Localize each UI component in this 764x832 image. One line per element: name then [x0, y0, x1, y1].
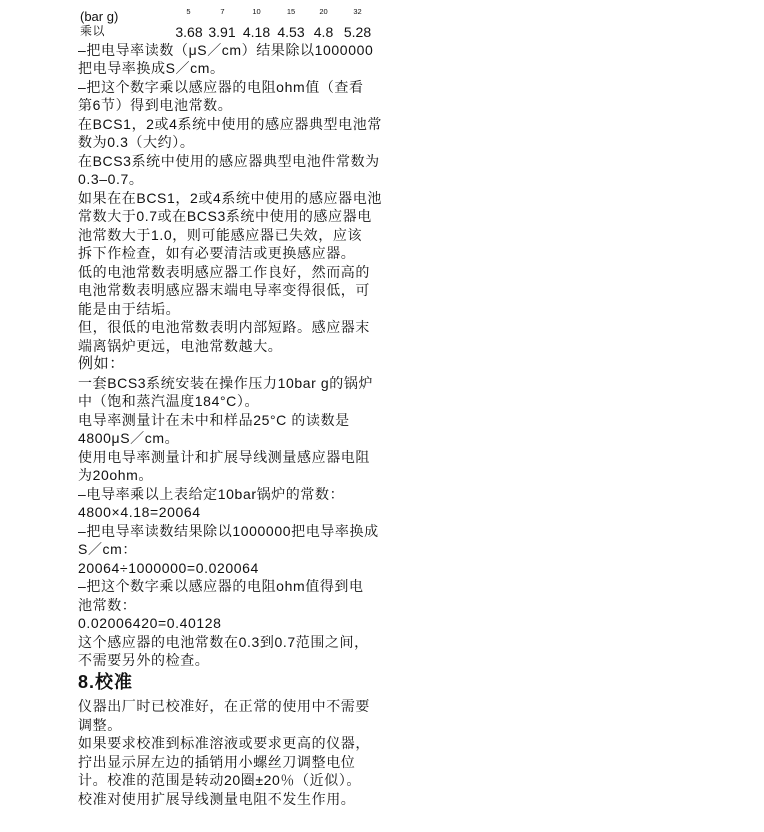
text-line: –把这个数字乘以感应器的电阻ohm值得到电	[78, 577, 398, 596]
text-line: 拧出显示屏左边的插销用小螺丝刀调整电位	[78, 753, 398, 772]
pressure-unit-label: (bar g)	[80, 9, 118, 25]
multiplier-value-cell: 5.28	[341, 24, 375, 40]
text-line: 能是由于结垢。	[78, 300, 398, 319]
text-line: 池常数：	[78, 596, 398, 615]
paragraph: 低的电池常数表明感应器工作良好，然而高的 电池常数表明感应器末端电导率变得很低，…	[78, 263, 398, 319]
paragraph: 一套BCS3系统安装在操作压力10bar g的锅炉 中（饱和蒸汽温度184°C）…	[78, 374, 398, 411]
pressure-header-cell: 15	[274, 6, 308, 18]
multiplier-value-cell: 4.53	[274, 24, 308, 40]
paragraph: 在BCS1，2或4系统中使用的感应器典型电池常 数为0.3（大约）。	[78, 115, 398, 152]
text-line: 拆下作检查，如有必要清洁或更换感应器。	[78, 244, 398, 263]
text-line: 一套BCS3系统安装在操作压力10bar g的锅炉	[78, 374, 398, 393]
text-line: 校准对使用扩展导线测量电阻不发生作用。	[78, 790, 398, 809]
paragraph: 仪器出厂时已校准好，在正常的使用中不需要 调整。	[78, 697, 398, 734]
text-line: –把电导率读数结果除以1000000把电导率换成	[78, 522, 398, 541]
paragraph: –把电导率读数结果除以1000000把电导率换成 S／cm： 20064÷100…	[78, 522, 398, 578]
paragraph: 如果要求校准到标准溶液或要求更高的仪器， 拧出显示屏左边的插销用小螺丝刀调整电位…	[78, 734, 398, 808]
section-heading: 8.校准	[78, 670, 398, 694]
document-body: –把电导率读数（μS／cm）结果除以1000000 把电导率换成S／cm。 –把…	[78, 41, 398, 809]
multiplier-table: (bar g) 乘以 5 7 10 15 20 32 3.68 3.91 4.1…	[0, 0, 390, 40]
multiplier-value-cell: 3.68	[172, 24, 206, 40]
paragraph: –电导率乘以上表给定10bar锅炉的常数： 4800×4.18=20064	[78, 485, 398, 522]
text-line: 第6节）得到电池常数。	[78, 96, 398, 115]
section-calibration: 8.校准 仪器出厂时已校准好，在正常的使用中不需要 调整。 如果要求校准到标准溶…	[78, 670, 398, 809]
formula-line: 4800×4.18=20064	[78, 503, 398, 522]
text-line: 在BCS1，2或4系统中使用的感应器典型电池常	[78, 115, 398, 134]
paragraph: –把这个数字乘以感应器的电阻ohm值（查看 第6节）得到电池常数。	[78, 78, 398, 115]
paragraph: –把电导率读数（μS／cm）结果除以1000000 把电导率换成S／cm。	[78, 41, 398, 78]
formula-line: 20064÷1000000=0.020064	[78, 559, 398, 578]
worked-example: 例如： 一套BCS3系统安装在操作压力10bar g的锅炉 中（饱和蒸汽温度18…	[78, 355, 398, 670]
paragraph: 使用电导率测量计和扩展导线测量感应器电阻 为20ohm。	[78, 448, 398, 485]
pressure-header-cell: 5	[172, 6, 206, 18]
text-line: –把这个数字乘以感应器的电阻ohm值（查看	[78, 78, 398, 97]
text-line: 把电导率换成S／cm。	[78, 59, 398, 78]
paragraph: –把这个数字乘以感应器的电阻ohm值得到电 池常数： 0.02006420=0.…	[78, 577, 398, 633]
text-line: 计。校准的范围是转动20圈±20％（近似）。	[78, 771, 398, 790]
text-line: 0.3–0.7。	[78, 170, 398, 189]
text-line: 电池常数表明感应器末端电导率变得很低，可	[78, 281, 398, 300]
text-line: 池常数大于1.0，则可能感应器已失效，应该	[78, 226, 398, 245]
multiplier-value-cell: 4.18	[240, 24, 274, 40]
text-line: 常数大于0.7或在BCS3系统中使用的感应器电	[78, 207, 398, 226]
text-line: 中（饱和蒸汽温度184°C）。	[78, 392, 398, 411]
text-line: 为20ohm。	[78, 466, 398, 485]
section-cell-constant: –把电导率读数（μS／cm）结果除以1000000 把电导率换成S／cm。 –把…	[78, 41, 398, 670]
multiplier-value-cell: 4.8	[307, 24, 341, 40]
text-line: 这个感应器的电池常数在0.3到0.7范围之间，	[78, 633, 398, 652]
paragraph: 但，很低的电池常数表明内部短路。感应器末 端离锅炉更远，电池常数越大。	[78, 318, 398, 355]
text-line: 不需要另外的检查。	[78, 651, 398, 670]
formula-line: 0.02006420=0.40128	[78, 614, 398, 633]
pressure-header-cell: 20	[307, 6, 341, 18]
text-line: 电导率测量计在未中和样品25°C 的读数是	[78, 411, 398, 430]
text-line: –把电导率读数（μS／cm）结果除以1000000	[78, 41, 398, 60]
multiplier-row-label: 乘以	[80, 24, 105, 38]
text-line: 仪器出厂时已校准好，在正常的使用中不需要	[78, 697, 398, 716]
text-line: 如果在在BCS1，2或4系统中使用的感应器电池	[78, 189, 398, 208]
text-line: S／cm：	[78, 540, 398, 559]
text-line: 使用电导率测量计和扩展导线测量感应器电阻	[78, 448, 398, 467]
multiplier-value-cell: 3.91	[205, 24, 239, 40]
text-line: 数为0.3（大约）。	[78, 133, 398, 152]
text-line: 调整。	[78, 716, 398, 735]
text-line: 4800μS／cm。	[78, 429, 398, 448]
example-label: 例如：	[78, 355, 398, 374]
pressure-header-cell: 32	[341, 6, 375, 18]
text-line: 低的电池常数表明感应器工作良好，然而高的	[78, 263, 398, 282]
text-line: 端离锅炉更远，电池常数越大。	[78, 337, 398, 356]
paragraph: 这个感应器的电池常数在0.3到0.7范围之间， 不需要另外的检查。	[78, 633, 398, 670]
text-line: –电导率乘以上表给定10bar锅炉的常数：	[78, 485, 398, 504]
paragraph: 如果在在BCS1，2或4系统中使用的感应器电池 常数大于0.7或在BCS3系统中…	[78, 189, 398, 263]
paragraph: 在BCS3系统中使用的感应器典型电池件常数为 0.3–0.7。	[78, 152, 398, 189]
pressure-header-cell: 10	[240, 6, 274, 18]
text-line: 如果要求校准到标准溶液或要求更高的仪器，	[78, 734, 398, 753]
text-line: 在BCS3系统中使用的感应器典型电池件常数为	[78, 152, 398, 171]
text-line: 但，很低的电池常数表明内部短路。感应器末	[78, 318, 398, 337]
paragraph: 电导率测量计在未中和样品25°C 的读数是 4800μS／cm。	[78, 411, 398, 448]
pressure-header-cell: 7	[206, 6, 240, 18]
document-page: (bar g) 乘以 5 7 10 15 20 32 3.68 3.91 4.1…	[0, 0, 764, 832]
